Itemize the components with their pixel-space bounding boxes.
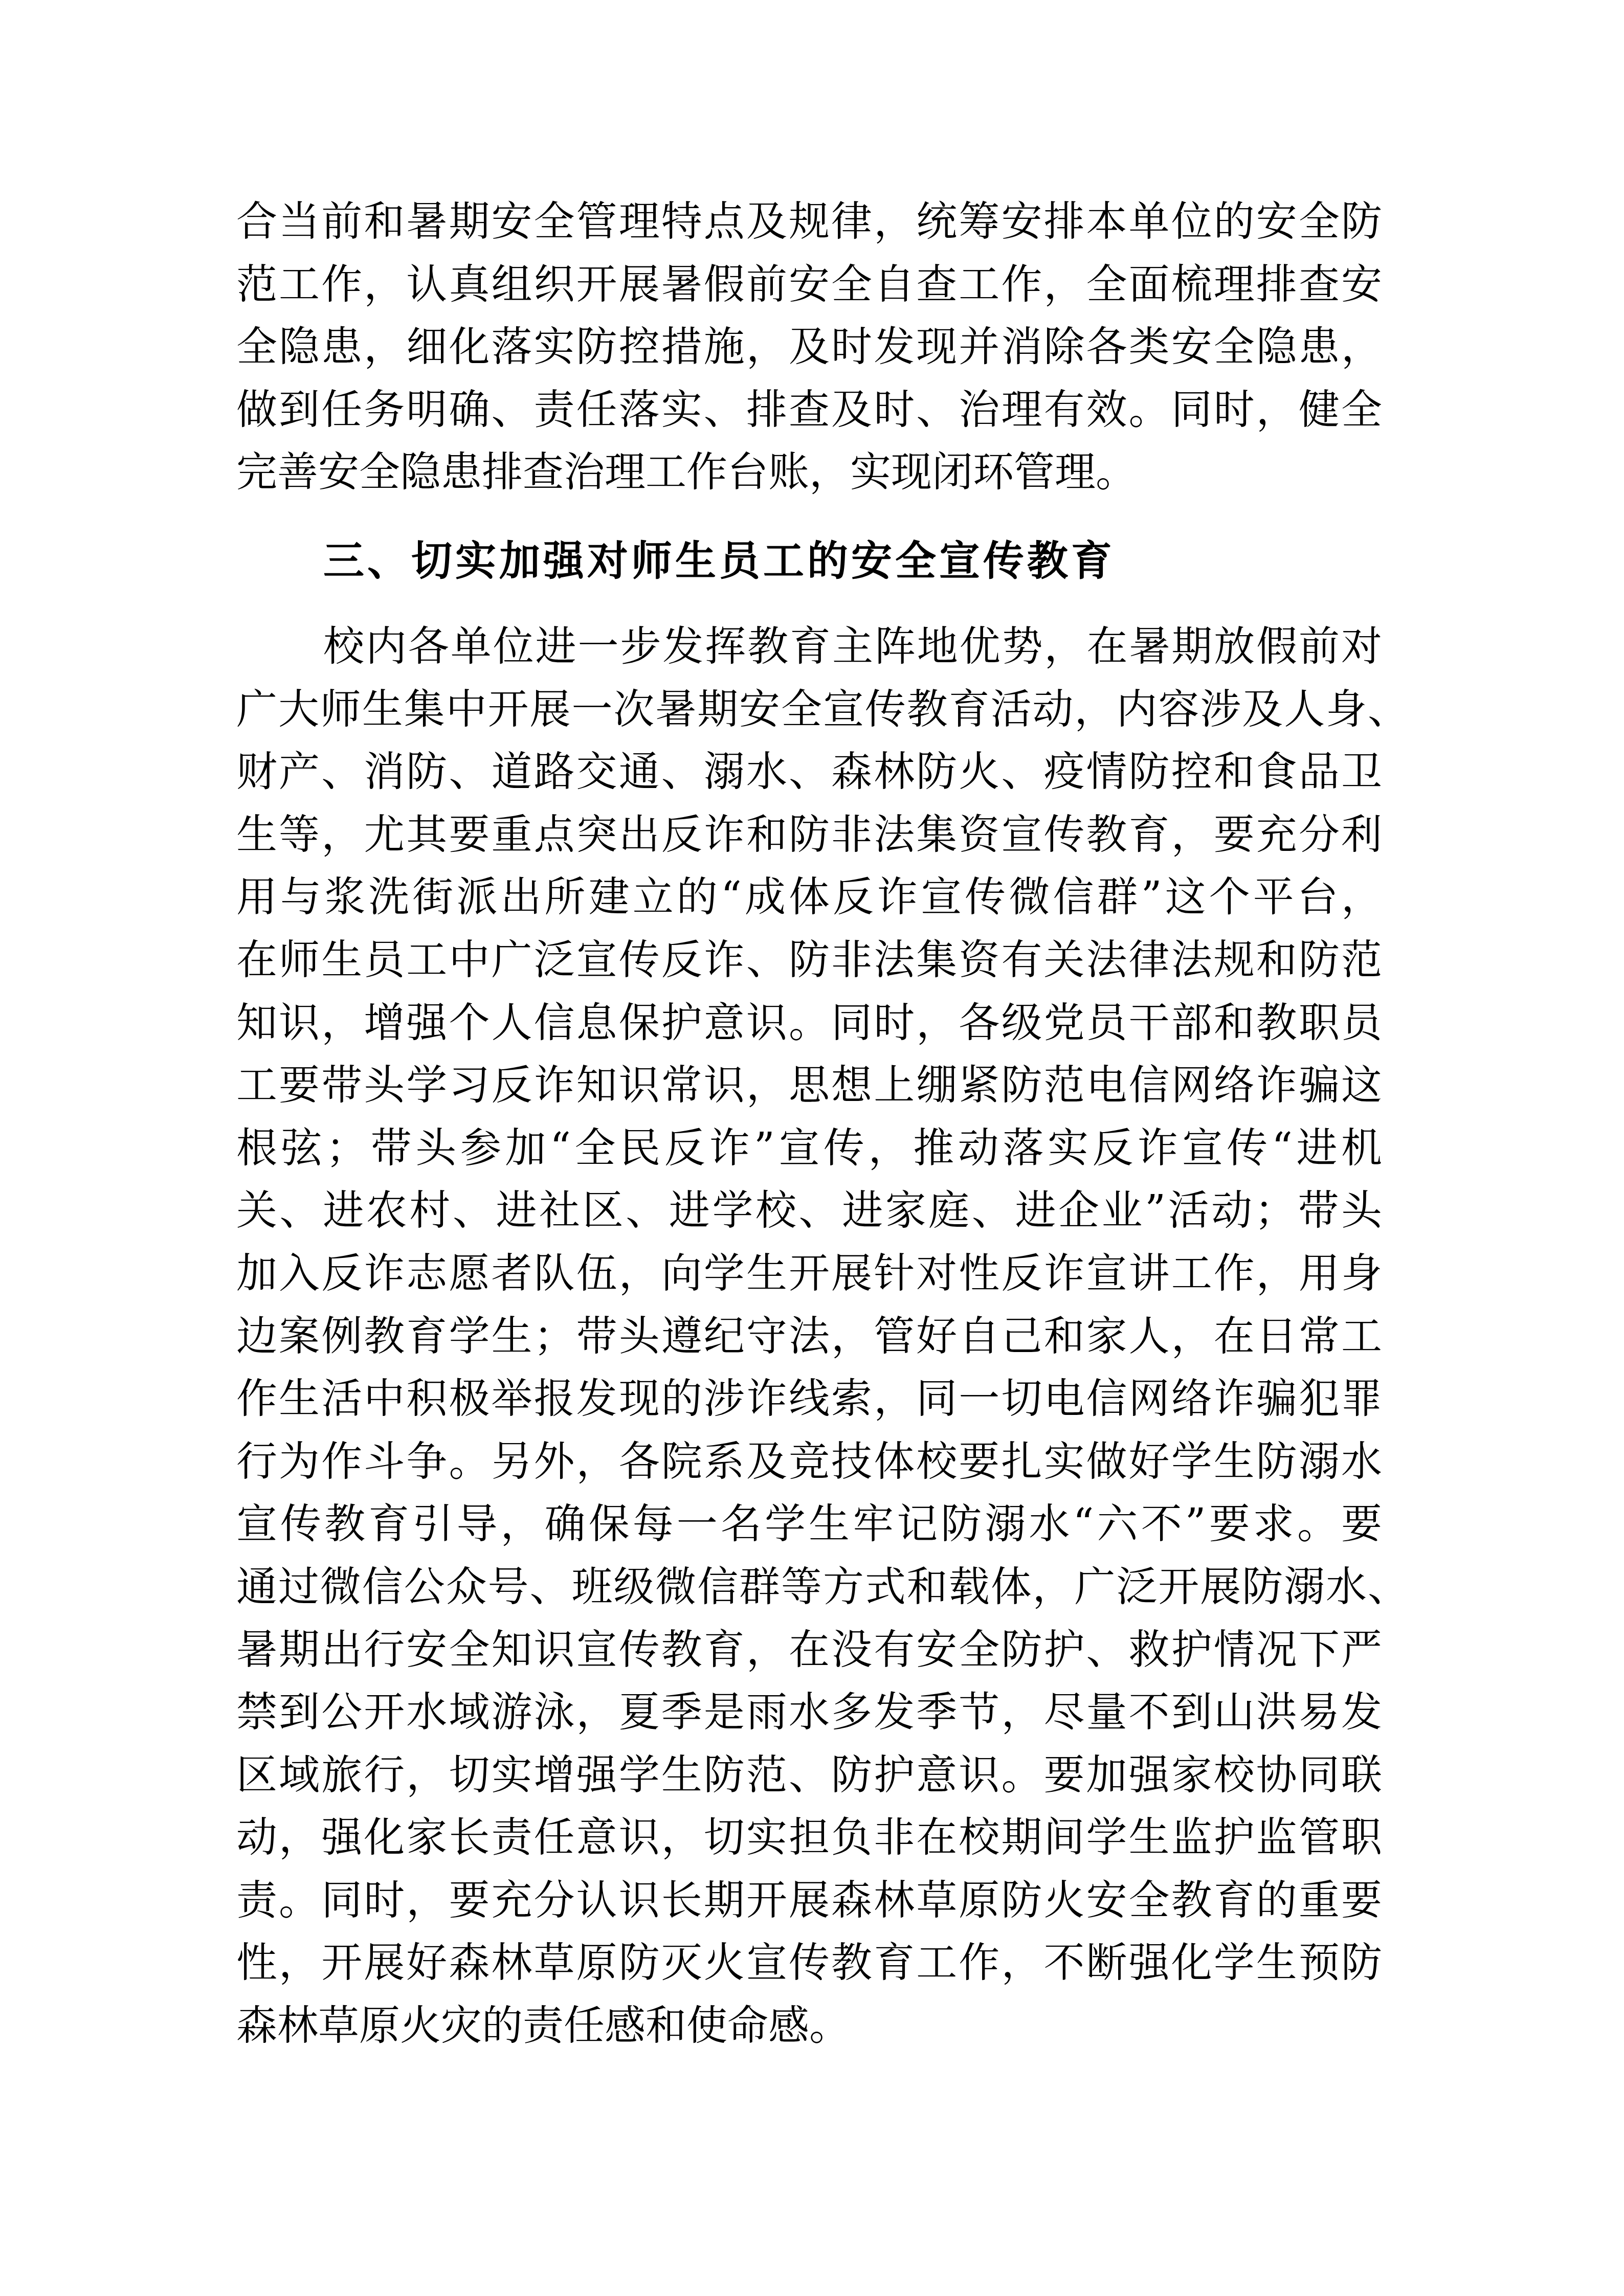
text-line: 用与浆洗街派出所建立的“成体反诈宣传微信群”这个平台， [236,866,1382,929]
text-line: 完善安全隐患排查治理工作台账，实现闭环管理。 [236,441,1382,504]
text-line: 边案例教育学生；带头遵纪守法，管好自己和家人，在日常工 [236,1305,1382,1368]
paragraph-safety-education: 校内各单位进一步发挥教育主阵地优势，在暑期放假前对 广大师生集中开展一次暑期安全… [236,615,1382,2057]
text-line: 财产、消防、道路交通、溺水、森林防火、疫情防控和食品卫 [236,740,1382,803]
text-line: 区域旅行，切实增强学生防范、防护意识。要加强家校协同联 [236,1744,1382,1807]
text-line: 作生活中积极举报发现的涉诈线索，同一切电信网络诈骗犯罪 [236,1367,1382,1430]
text-line: 暑期出行安全知识宣传教育，在没有安全防护、救护情况下严 [236,1618,1382,1681]
text-line: 做到任务明确、责任落实、排查及时、治理有效。同时，健全 [236,378,1382,441]
text-line: 责。同时，要充分认识长期开展森林草原防火安全教育的重要 [236,1869,1382,1932]
text-line: 行为作斗争。另外，各院系及竞技体校要扎实做好学生防溺水 [236,1430,1382,1493]
text-line: 工要带头学习反诈知识常识，思想上绷紧防范电信网络诈骗这 [236,1054,1382,1117]
text-line: 范工作，认真组织开展暑假前安全自查工作，全面梳理排查安 [236,253,1382,316]
section-heading-text: 三、切实加强对师生员工的安全宣传教育 [236,530,1382,593]
text-line: 合当前和暑期安全管理特点及规律，统筹安排本单位的安全防 [236,190,1382,253]
section-heading: 三、切实加强对师生员工的安全宣传教育 [236,530,1382,593]
text-line: 森林草原火灾的责任感和使命感。 [236,1994,1382,2057]
text-line: 广大师生集中开展一次暑期安全宣传教育活动，内容涉及人身、 [236,678,1409,741]
text-line: 校内各单位进一步发挥教育主阵地优势，在暑期放假前对 [236,615,1382,678]
text-line: 全隐患，细化落实防控措施，及时发现并消除各类安全隐患， [236,316,1382,378]
text-line: 通过微信公众号、班级微信群等方式和载体，广泛开展防溺水、 [236,1556,1409,1618]
text-line: 动，强化家长责任意识，切实担负非在校期间学生监护监管职 [236,1806,1382,1869]
text-line: 根弦；带头参加“全民反诈”宣传，推动落实反诈宣传“进机 [236,1117,1382,1180]
text-line: 生等，尤其要重点突出反诈和防非法集资宣传教育，要充分利 [236,803,1382,866]
paragraph-continued: 合当前和暑期安全管理特点及规律，统筹安排本单位的安全防 范工作，认真组织开展暑假… [236,190,1382,504]
text-line: 禁到公开水域游泳，夏季是雨水多发季节，尽量不到山洪易发 [236,1681,1382,1744]
text-line: 宣传教育引导，确保每一名学生牢记防溺水“六不”要求。要 [236,1493,1382,1556]
text-line: 加入反诈志愿者队伍，向学生开展针对性反诈宣讲工作，用身 [236,1242,1382,1305]
text-line: 性，开展好森林草原防灭火宣传教育工作，不断强化学生预防 [236,1931,1382,1994]
text-line: 在师生员工中广泛宣传反诈、防非法集资有关法律法规和防范 [236,929,1382,992]
text-line: 关、进农村、进社区、进学校、进家庭、进企业”活动；带头 [236,1179,1382,1242]
document-page: 合当前和暑期安全管理特点及规律，统筹安排本单位的安全防 范工作，认真组织开展暑假… [0,0,1624,2296]
text-line: 知识，增强个人信息保护意识。同时，各级党员干部和教职员 [236,992,1382,1054]
